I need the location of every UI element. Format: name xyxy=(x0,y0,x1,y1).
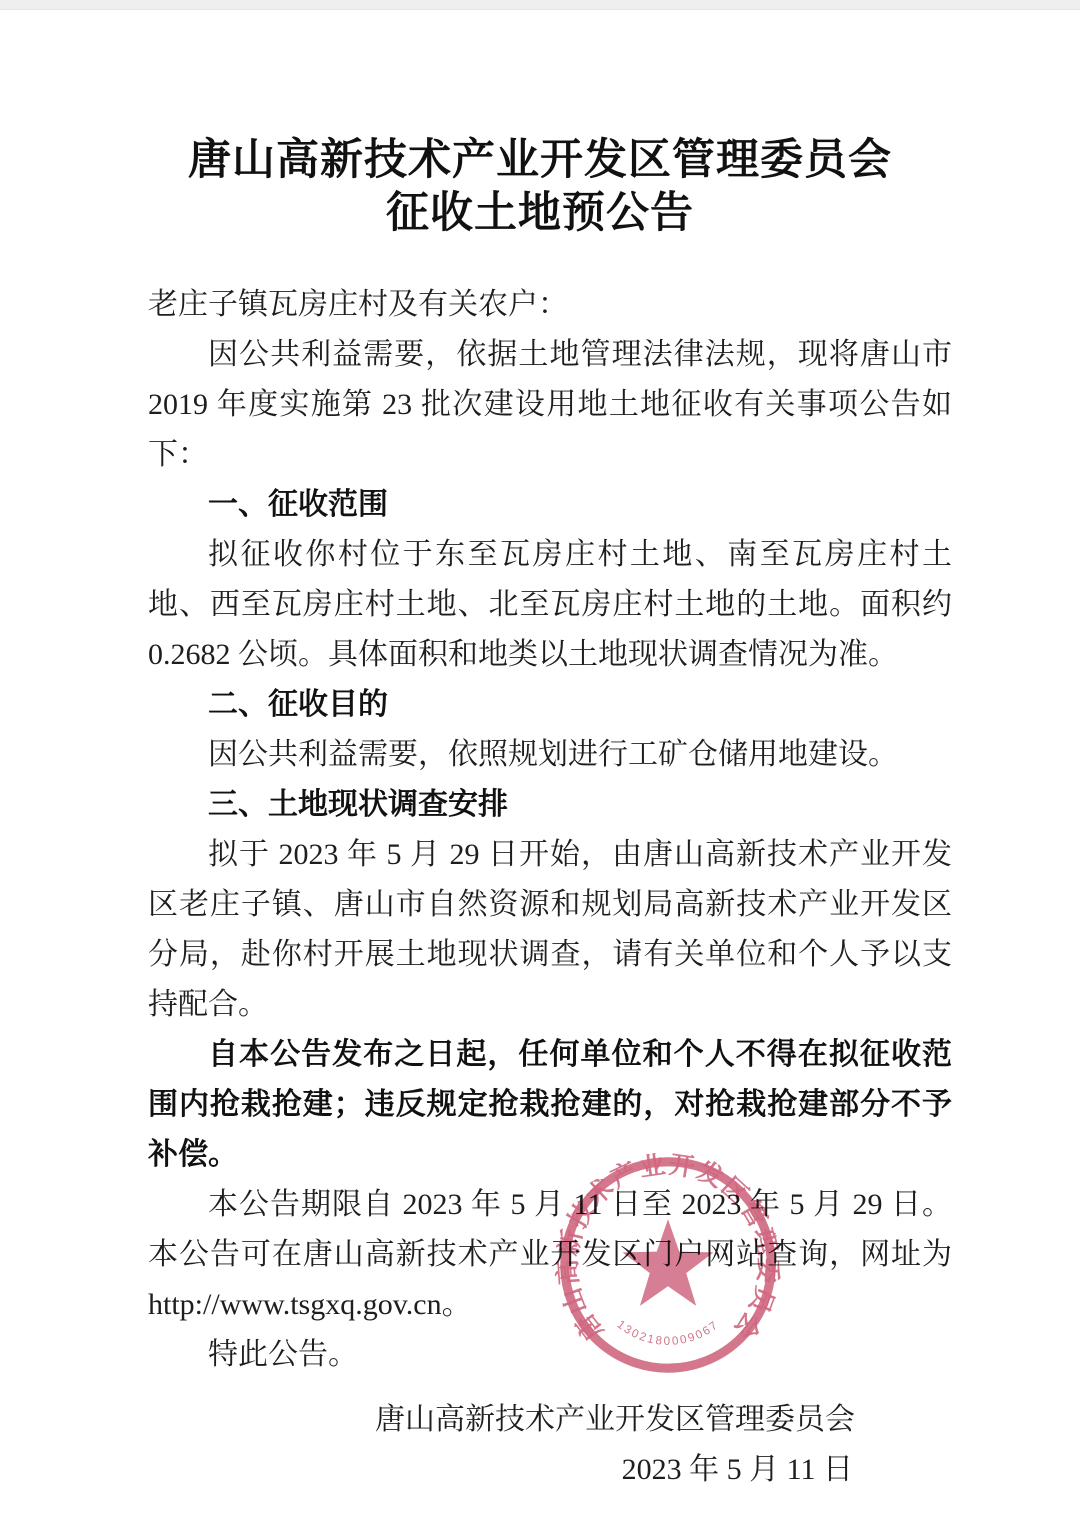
signature-date: 2023 年 5 月 11 日 xyxy=(0,1445,855,1495)
notice-period-text: 本公告期限自 2023 年 5 月 11 日至 2023 年 5 月 29 日。… xyxy=(148,1188,952,1271)
document-title-line2: 征收土地预公告 xyxy=(0,187,1080,240)
document-body: 老庄子镇瓦房庄村及有关农户： 因公共利益需要，依据土地管理法律法规，现将唐山市 … xyxy=(0,280,1080,1380)
closing-line: 特此公告。 xyxy=(148,1330,952,1380)
section-1-body: 拟征收你村位于东至瓦房庄村土地、南至瓦房庄村土地、西至瓦房庄村土地、北至瓦房庄村… xyxy=(148,530,952,680)
salutation-line: 老庄子镇瓦房庄村及有关农户： xyxy=(148,280,952,330)
signature-block: 唐山高新技术产业开发区管理委员会 2023 年 5 月 11 日 xyxy=(0,1395,1080,1495)
intro-paragraph: 因公共利益需要，依据土地管理法律法规，现将唐山市 2019 年度实施第 23 批… xyxy=(148,330,952,480)
section-3-heading: 三、土地现状调查安排 xyxy=(148,780,952,830)
section-1-heading: 一、征收范围 xyxy=(148,480,952,530)
section-2-heading: 二、征收目的 xyxy=(148,680,952,730)
website-url: http://www.tsgxq.gov.cn。 xyxy=(148,1288,472,1321)
scan-edge-strip xyxy=(0,0,1080,10)
document-title: 唐山高新技术产业开发区管理委员会 征收土地预公告 xyxy=(0,0,1080,240)
section-2-body: 因公共利益需要，依照规划进行工矿仓储用地建设。 xyxy=(148,730,952,780)
notice-document-page: 唐山高新技术产业开发区管理委员会 征收土地预公告 老庄子镇瓦房庄村及有关农户： … xyxy=(0,0,1080,1523)
document-title-line1: 唐山高新技术产业开发区管理委员会 xyxy=(0,134,1080,187)
section-3-body: 拟于 2023 年 5 月 29 日开始，由唐山高新技术产业开发区老庄子镇、唐山… xyxy=(148,830,952,1030)
notice-period-paragraph: 本公告期限自 2023 年 5 月 11 日至 2023 年 5 月 29 日。… xyxy=(148,1180,952,1330)
signature-issuer: 唐山高新技术产业开发区管理委员会 xyxy=(0,1395,855,1445)
warning-paragraph: 自本公告发布之日起，任何单位和个人不得在拟征收范围内抢栽抢建；违反规定抢栽抢建的… xyxy=(148,1030,952,1180)
